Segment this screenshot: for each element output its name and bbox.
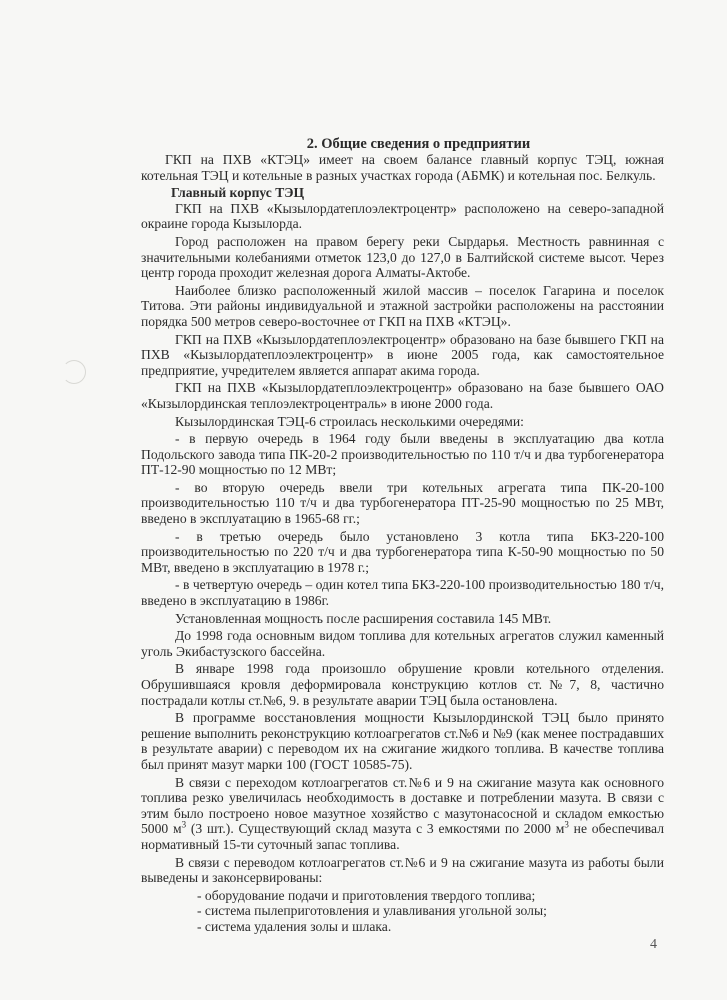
list-item: - система пылеприготовления и улавливани… — [141, 903, 664, 919]
stage-item: - во вторую очередь ввели три котельных … — [141, 480, 664, 527]
text-run: (3 шт.). Существующий склад мазута с 3 е… — [186, 821, 564, 836]
subheading: Главный корпус ТЭЦ — [141, 185, 664, 201]
paragraph: В связи с переводом котлоагрегатов ст.№6… — [141, 855, 664, 886]
stage-item: - в четвертую очередь – один котел типа … — [141, 577, 664, 608]
paragraph: Наиболее близко расположенный жилой масс… — [141, 283, 664, 330]
paragraph: В январе 1998 года произошло обрушение к… — [141, 661, 664, 708]
paragraph: До 1998 года основным видом топлива для … — [141, 628, 664, 659]
paragraph: ГКП на ПХВ «Кызылордатеплоэлектроцентр» … — [141, 201, 664, 232]
document-body: ГКП на ПХВ «КТЭЦ» имеет на своем балансе… — [141, 152, 664, 935]
punch-hole-mark — [62, 360, 86, 384]
paragraph: В программе восстановления мощности Кызы… — [141, 710, 664, 772]
paragraph: Кызылординская ТЭЦ-6 строилась нескольки… — [141, 414, 664, 430]
document-page: 2. Общие сведения о предприятии ГКП на П… — [0, 0, 727, 1000]
page-number: 4 — [650, 937, 657, 953]
section-heading: 2. Общие сведения о предприятии — [0, 136, 727, 153]
paragraph: Город расположен на правом берегу реки С… — [141, 234, 664, 281]
paragraph: ГКП на ПХВ «Кызылордатеплоэлектроцентр» … — [141, 380, 664, 411]
list-item: - система удаления золы и шлака. — [141, 919, 664, 935]
paragraph: Установленная мощность после расширения … — [141, 611, 664, 627]
stage-item: - в третью очередь было установлено 3 ко… — [141, 529, 664, 576]
stage-item: - в первую очередь в 1964 году были введ… — [141, 431, 664, 478]
list-item: - оборудование подачи и приготовления тв… — [141, 888, 664, 904]
paragraph-mazut: В связи с переходом котлоагрегатов ст.№6… — [141, 775, 664, 853]
intro-paragraph: ГКП на ПХВ «КТЭЦ» имеет на своем балансе… — [141, 152, 664, 183]
paragraph: ГКП на ПХВ «Кызылордатеплоэлектроцентр» … — [141, 332, 664, 379]
